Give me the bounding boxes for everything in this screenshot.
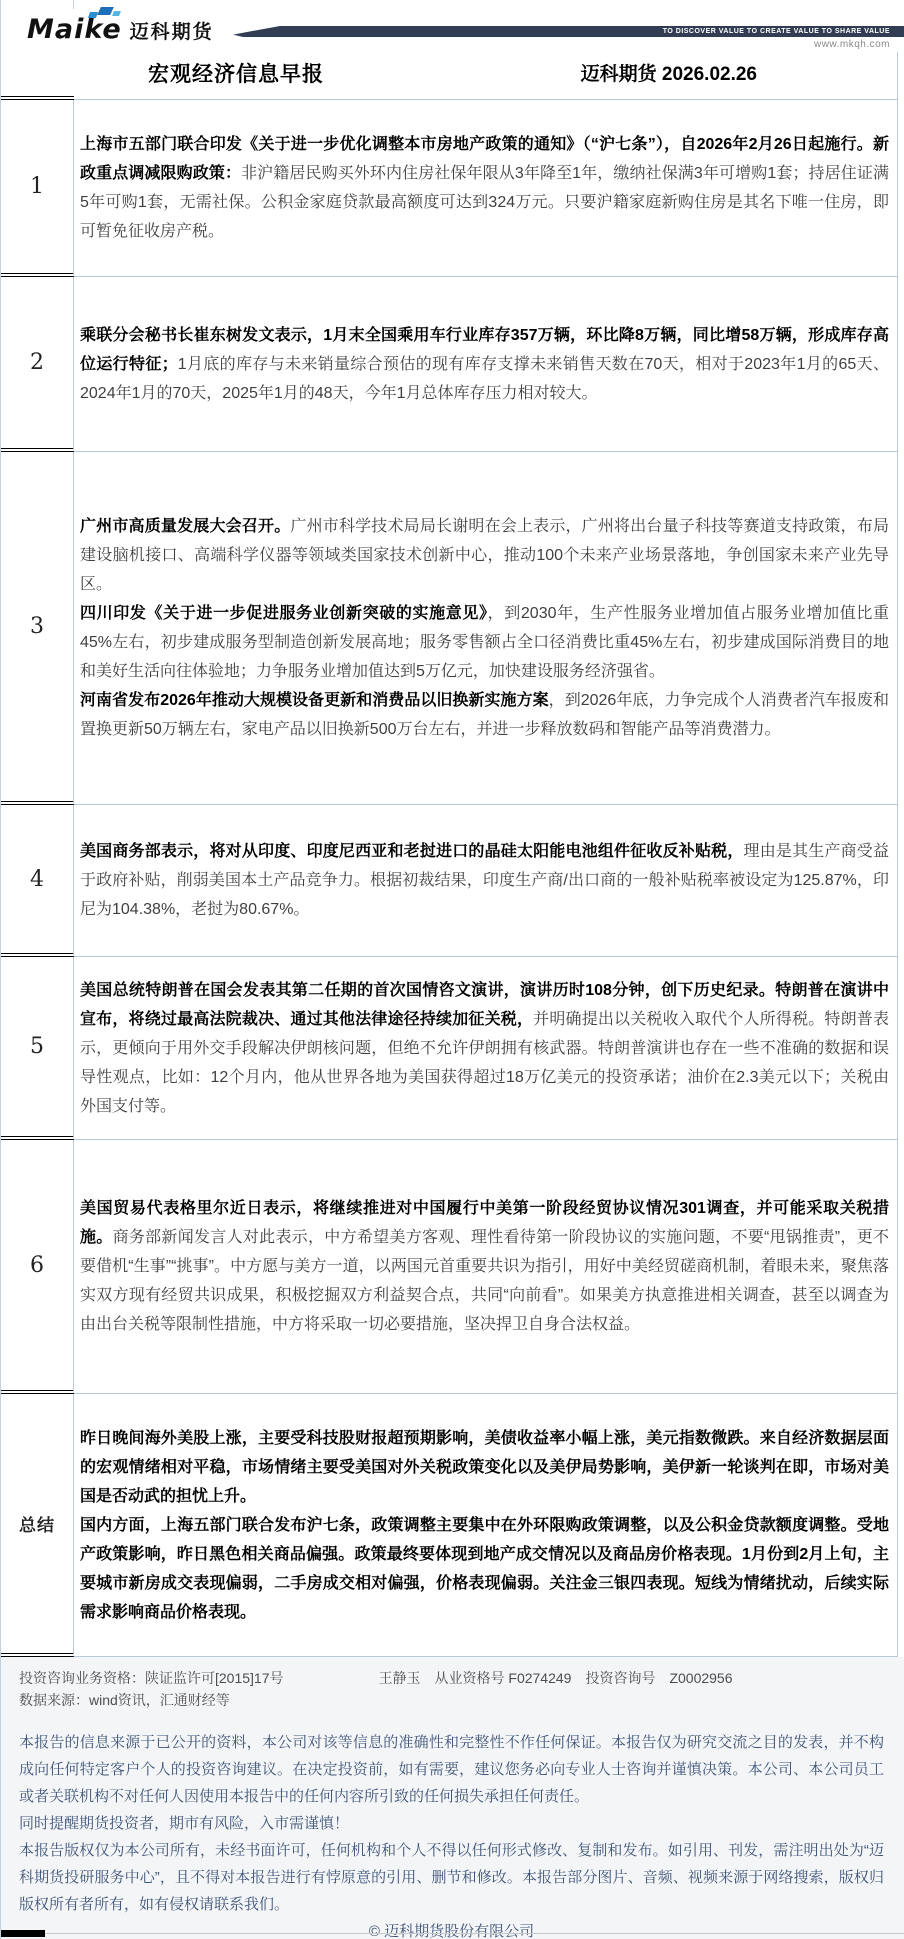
row-label: 2 <box>1 277 74 452</box>
news-paragraph: 上海市五部门联合印发《关于进一步优化调整本市房地产政策的通知》（“沪七条”），自… <box>80 130 889 246</box>
analyst-credentials: 王静玉 从业资格号 F0274249 投资咨询号 Z0002956 <box>379 1667 733 1689</box>
report-table: 宏观经济信息早报 迈科期货 2026.02.26 1上海市五部门联合印发《关于进… <box>1 52 898 1657</box>
page-bottom-border <box>1 1930 904 1937</box>
table-row: 6美国贸易代表格里尔近日表示，将继续推进对中国履行中美第一阶段经贸协议情况301… <box>1 1140 897 1394</box>
credentials-block: 投资咨询业务资格：陕证监许可[2015]17号 王静玉 从业资格号 F02742… <box>1 1657 904 1715</box>
news-paragraph: 河南省发布2026年推动大规模设备更新和消费品以旧换新实施方案，到2026年底，… <box>80 686 889 744</box>
row-label: 4 <box>1 805 74 957</box>
news-paragraph: 美国商务部表示，将对从印度、印度尼西亚和老挝进口的晶硅太阳能电池组件征收反补贴税… <box>80 837 889 924</box>
news-paragraph: 昨日晚间海外美股上涨，主要受科技股财报超预期影响，美债收益率小幅上涨，美元指数微… <box>80 1424 889 1511</box>
credentials-line: 投资咨询业务资格：陕证监许可[2015]17号 王静玉 从业资格号 F02742… <box>19 1667 904 1689</box>
qualification-text: 投资咨询业务资格：陕证监许可[2015]17号 <box>19 1667 284 1689</box>
row-label: 5 <box>1 957 74 1140</box>
table-row: 总结昨日晚间海外美股上涨，主要受科技股财报超预期影响，美债收益率小幅上涨，美元指… <box>1 1394 897 1657</box>
website-link[interactable]: www.mkqh.com <box>814 39 890 50</box>
disclaimer-block: 本报告的信息来源于已公开的资料，本公司对该等信息的准确性和完整性不作任何保证。本… <box>1 1715 904 1939</box>
row-label: 总结 <box>1 1394 74 1657</box>
table-row: 3广州市高质量发展大会召开。广州市科学技术局局长谢明在会上表示，广州将出台量子科… <box>1 452 897 805</box>
row-content: 乘联分会秘书长崔东树发文表示，1月末全国乘用车行业库存357万辆，环比降8万辆，… <box>74 277 897 452</box>
logo-chinese-name: 迈科期货 <box>130 17 214 44</box>
row-label: 6 <box>1 1140 74 1394</box>
report-title: 宏观经济信息早报 <box>148 58 324 88</box>
column-divider-tick <box>73 0 74 9</box>
row-content: 美国贸易代表格里尔近日表示，将继续推进对中国履行中美第一阶段经贸协议情况301调… <box>74 1140 897 1394</box>
news-paragraph: 美国贸易代表格里尔近日表示，将继续推进对中国履行中美第一阶段经贸协议情况301调… <box>80 1194 889 1339</box>
disclaimer-paragraph: 同时提醒期货投资者，期市有风险，入市需谨慎！ <box>19 1810 884 1837</box>
news-paragraph: 美国总统特朗普在国会发表其第二任期的首次国情咨文演讲，演讲历时108分钟，创下历… <box>80 976 889 1121</box>
news-rows: 1上海市五部门联合印发《关于进一步优化调整本市房地产政策的通知》（“沪七条”），… <box>1 100 897 1657</box>
news-paragraph: 乘联分会秘书长崔东树发文表示，1月末全国乘用车行业库存357万辆，环比降8万辆，… <box>80 321 889 408</box>
header-swoosh: TO DISCOVER VALUE TO CREATE VALUE TO SHA… <box>233 26 904 37</box>
table-row: 5美国总统特朗普在国会发表其第二任期的首次国情咨文演讲，演讲历时108分钟，创下… <box>1 957 897 1140</box>
table-row: 2乘联分会秘书长崔东树发文表示，1月末全国乘用车行业库存357万辆，环比降8万辆… <box>1 277 897 452</box>
report-page: Maike 迈科期货 TO DISCOVER VALUE TO CREATE V… <box>0 0 904 1939</box>
disclaimer-paragraph: 本报告版权仅为本公司所有，未经书面许可，任何机构和个人不得以任何形式修改、复制和… <box>19 1837 884 1918</box>
brand-header: Maike 迈科期货 TO DISCOVER VALUE TO CREATE V… <box>1 0 904 52</box>
report-brand-date: 迈科期货 2026.02.26 <box>581 59 757 86</box>
row-content: 上海市五部门联合印发《关于进一步优化调整本市房地产政策的通知》（“沪七条”），自… <box>74 100 897 277</box>
news-paragraph: 广州市高质量发展大会召开。广州市科学技术局局长谢明在会上表示，广州将出台量子科技… <box>80 512 889 599</box>
row-label: 3 <box>1 452 74 805</box>
table-row: 1上海市五部门联合印发《关于进一步优化调整本市房地产政策的通知》（“沪七条”），… <box>1 100 897 277</box>
row-content: 美国商务部表示，将对从印度、印度尼西亚和老挝进口的晶硅太阳能电池组件征收反补贴税… <box>74 805 897 957</box>
row-content: 美国总统特朗普在国会发表其第二任期的首次国情咨文演讲，演讲历时108分钟，创下历… <box>74 957 897 1140</box>
logo-wordmark: Maike <box>27 16 122 43</box>
maike-logo: Maike 迈科期货 <box>27 16 214 44</box>
masthead-row: 宏观经济信息早报 迈科期货 2026.02.26 <box>1 52 897 100</box>
row-label: 1 <box>1 100 74 277</box>
masthead-spacer <box>1 52 74 100</box>
data-source-text: 数据来源：wind资讯，汇通财经等 <box>19 1689 904 1711</box>
news-paragraph: 国内方面，上海五部门联合发布沪七条，政策调整主要集中在外环限购政策调整，以及公积… <box>80 1511 889 1627</box>
table-row: 4美国商务部表示，将对从印度、印度尼西亚和老挝进口的晶硅太阳能电池组件征收反补贴… <box>1 805 897 957</box>
masthead-content: 宏观经济信息早报 迈科期货 2026.02.26 <box>74 52 897 100</box>
news-paragraph: 四川印发《关于进一步促进服务业创新突破的实施意见》，到2030年，生产性服务业增… <box>80 599 889 686</box>
row-content: 昨日晚间海外美股上涨，主要受科技股财报超预期影响，美债收益率小幅上涨，美元指数微… <box>74 1394 897 1657</box>
brand-tagline: TO DISCOVER VALUE TO CREATE VALUE TO SHA… <box>663 28 904 35</box>
row-content: 广州市高质量发展大会召开。广州市科学技术局局长谢明在会上表示，广州将出台量子科技… <box>74 452 897 805</box>
disclaimer-paragraph: 本报告的信息来源于已公开的资料，本公司对该等信息的准确性和完整性不作任何保证。本… <box>19 1729 884 1810</box>
logo-spark-icon <box>89 7 129 19</box>
report-footer: 投资咨询业务资格：陕证监许可[2015]17号 王静玉 从业资格号 F02742… <box>1 1657 904 1939</box>
